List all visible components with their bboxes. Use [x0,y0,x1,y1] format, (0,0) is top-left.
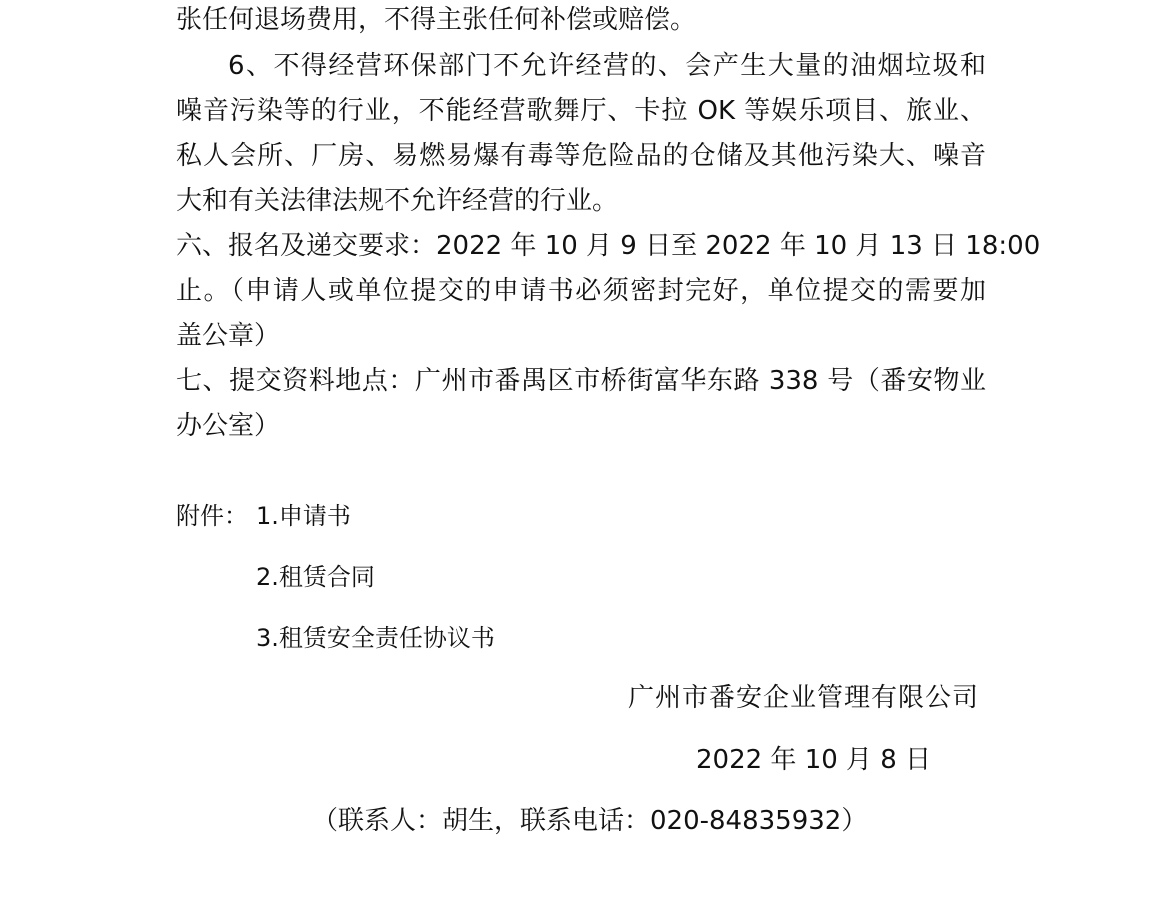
attachment-item: 2.租赁合同 [256,559,375,595]
document-page: 张任何退场费用，不得主张任何补偿或赔偿。 6、不得经营环保部门不允许经营的、会产… [0,0,1158,903]
attachment-item: 3.租赁安全责任协议书 [256,620,495,656]
section-heading-seven: 七、提交资料地点：广州市番禺区市桥街富华东路 338 号（番安物业 [176,361,986,401]
section-heading-six: 六、报名及递交要求：2022 年 10 月 9 日至 2022 年 10 月 1… [176,226,986,266]
attachment-item: 1.申请书 [256,498,351,534]
paragraph-line: 张任何退场费用，不得主张任何补偿或赔偿。 [176,0,986,40]
attachments-label: 附件： [176,498,248,534]
paragraph-line: 止。（申请人或单位提交的申请书必须密封完好，单位提交的需要加 [176,271,986,311]
signature-date: 2022 年 10 月 8 日 [696,740,931,780]
paragraph-line: 私人会所、厂房、易燃易爆有毒等危险品的仓储及其他污染大、噪音 [176,136,986,176]
paragraph-line: 盖公章） [176,316,986,356]
paragraph-line: 6、不得经营环保部门不允许经营的、会产生大量的油烟垃圾和 [228,46,986,86]
company-signature: 广州市番安企业管理有限公司 [628,678,979,718]
paragraph-line: 大和有关法律法规不允许经营的行业。 [176,181,986,221]
contact-info: （联系人：胡生，联系电话：020-84835932） [312,801,867,841]
paragraph-line: 噪音污染等的行业，不能经营歌舞厅、卡拉 OK 等娱乐项目、旅业、 [176,91,986,131]
paragraph-line: 办公室） [176,406,986,446]
